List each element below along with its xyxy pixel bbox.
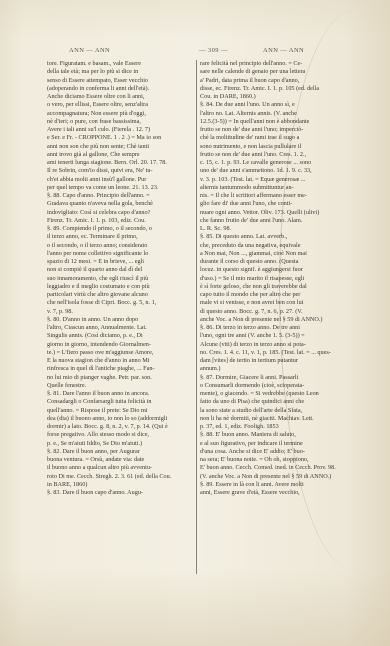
text-line: §. 85. Di questo anno. Lat. avverb.,: [200, 233, 346, 241]
text-line: sono nutrimento, e non lascia pullulare …: [200, 143, 346, 151]
text-line: d'una cosa. Anche si dice E' addio; E' b…: [200, 448, 346, 456]
text-line: Firenz. Tr. Amic. I. 1. p. 103, ediz. Co…: [47, 217, 193, 225]
text-line: e Ser. e Fr. - CROPPONE. 1 . 2 .) = Ma i…: [47, 134, 193, 142]
text-line: E' buon anno. Cecch. Comed. ined. in Cec…: [200, 464, 346, 472]
text-line: Gradava quanto n'aveva nella gola, bench…: [47, 200, 193, 208]
text-line: anni, Essere grave d'età, Essere vecchio…: [200, 489, 346, 497]
left-column: tore. Figuratam. e basam., vale Esserede…: [47, 60, 193, 497]
text-line: l'altro, Ciascun anno, Annualmente. Lat.: [47, 324, 193, 332]
running-header: ANN — ANN — 309 — ANN — ANN: [47, 47, 347, 57]
text-line: L. R. Sc. 98.: [200, 225, 346, 233]
text-line: spazio di 12 mesi. = E in brieve, ... eg…: [47, 258, 193, 266]
text-line: na sera; E' buona notte. = Oh oh, stoppi…: [200, 456, 346, 464]
text-line: in BARE, 1860): [47, 481, 193, 489]
text-line: Anche diciamo Essere oltre con li anni,: [47, 93, 193, 101]
text-line: non li ha nè dormiti, nè giaciti. Machia…: [200, 415, 346, 423]
text-line: dam [vites] de tertio in tertium putantu…: [200, 357, 346, 365]
text-line: §. 88. Capo d'anno. Principio dell'anno.…: [47, 192, 193, 200]
text-line: v. 7, p. 98.: [47, 308, 193, 316]
text-line: §. 89. Compiendo il primo, o il secondo,…: [47, 225, 193, 233]
text-line: forse pregativo. Allo stesso modo si dic…: [47, 431, 193, 439]
text-line: te.) = L'fiero passo ove m'aggiunse Amor…: [47, 349, 193, 357]
text-line: anni trovo già al gallone, Che sempre: [47, 151, 193, 159]
text-line: per quel tempo va come un leone. 21. 13.…: [47, 184, 193, 192]
text-line: capo tutto il mondo che per altro che pe…: [200, 291, 346, 299]
text-line: §. 87. Dormire, Giacere li anni. Passarl…: [200, 374, 346, 382]
text-line: tore. Figuratam. e basam., vale Essere: [47, 60, 193, 68]
text-line: quell'anno. = Rispose il prete: Se Dio m…: [47, 407, 193, 415]
text-line: §. 84. De due anni l'uno. Un anno sì, e: [200, 101, 346, 109]
text-line: (adoperando in conferma li anni dell'età…: [47, 85, 193, 93]
text-line: accompagnatura; Non essere più d'oggi,: [47, 110, 193, 118]
text-line: anche Voc. a Non di presente nel § 59 di…: [200, 316, 346, 324]
text-line: nuare ogni anno. Vettor. Oliv. 173. Quel…: [200, 209, 346, 217]
text-line: senso di Essere attempato, Esser vecchio: [47, 77, 193, 85]
text-line: o Consumarli dormendo (cioè, scioperata-: [200, 382, 346, 390]
text-line: fatto da uno di Pisa) che quindici anni …: [200, 398, 346, 406]
text-line: p. e., Se m'aiuti Iddio, Se Dio m'aiuti.…: [47, 440, 193, 448]
text-line: §. 81. Dare l'anno il buon anno in ancor…: [47, 390, 193, 398]
text-line: o il secondo, o il terzo anno; considera…: [47, 242, 193, 250]
text-line: indovigliato: Così si celebra capo d'ann…: [47, 209, 193, 217]
text-line: Cou. in DARE, 1860.): [200, 93, 346, 101]
text-line: a' Padri, data prima il buon capo d'anno…: [200, 77, 346, 85]
text-line: suo innamoramento, che egli riuscì il pi…: [47, 275, 193, 283]
text-line: p. 37, ed. 1, ediz. Fooligh. 1853: [200, 423, 346, 431]
text-line: Singulis annis. (Così diciamo, p. e., Di: [47, 332, 193, 340]
text-line: dea (dia) il buono anno, io non lo so (a…: [47, 415, 193, 423]
text-line: disse, ec. Firenz. Tr. Amic. I. 1. p. 10…: [200, 85, 346, 93]
text-line: giorno in giorno, intendendo Giornalmen-: [47, 341, 193, 349]
text-line: (V. anche Voc. a Non di presente nel § 5…: [200, 473, 346, 481]
text-line: non si compiè il quarto anno dal dì del: [47, 266, 193, 274]
text-line: no. Cres. 1. 4. c. 11, v. 1, p. 185. (Te…: [200, 349, 346, 357]
text-line: mente), o giacendo. = Si vedrebbe (quest…: [200, 390, 346, 398]
text-line: l'anno per nome collettivo significante …: [47, 250, 193, 258]
text-line: c. 15, c. 1. p. 93. Le cavalle generose …: [200, 159, 346, 167]
text-line: l'uno, ogni tre anni (V. anche 1. 5. (3-…: [200, 332, 346, 340]
text-line: a Non mai, Non ..., giammai, cioè Non ma…: [200, 250, 346, 258]
text-line: ch'ei abbia molti anni insù'l gallone. P…: [47, 176, 193, 184]
text-line: anni non son che più non sente; Chè tant…: [47, 143, 193, 151]
text-line: è sì forte geloso, che non gli traverebb…: [200, 283, 346, 291]
text-line: §. 83. Dare il buon capo d'anno. Augu-: [47, 489, 193, 497]
right-column: rare felicità nel principio dell'anno. =…: [200, 60, 346, 497]
text-line: Alcune (viti) di terzo in terzo anno si …: [200, 341, 346, 349]
text-line: di questo anno. Bocc. g. 7, n. 6, p. 27.…: [200, 308, 346, 316]
text-line: §. 89. Essere in là con li anni. Avere m…: [200, 481, 346, 489]
text-line: dormir) a lato. Bocc. g. 8, n. 2, v. 7, …: [47, 423, 193, 431]
text-line: no lui mio di pianger vaghe. Petr. par. …: [47, 374, 193, 382]
text-line: §. 80. D'anno in anno. Un anno dopo: [47, 316, 193, 324]
text-line: o vero, per ellissi, Essere oltre, senz'…: [47, 101, 193, 109]
text-line: alternis tantummodo submittuntur an-: [200, 184, 346, 192]
text-line: che nell'isola fosse di Cipri. Bocc. g. …: [47, 299, 193, 307]
text-line: §. 88. E' buon anno. Maniera di saluto,: [200, 431, 346, 439]
header-left-guide-words: ANN — ANN: [69, 47, 110, 54]
text-line: d'uso.) = Se il mio marito il risapesse,…: [200, 275, 346, 283]
text-line: E la nuova stagion che d'anno in anno Mi: [47, 357, 193, 365]
text-line: la sono state a studio dell'arte della S…: [200, 407, 346, 415]
text-line: della tale età; ma per lo più si dice in: [47, 68, 193, 76]
text-line: glio fare di' due anni l'uno, che conti-: [200, 200, 346, 208]
header-right-guide-words: ANN — ANN: [263, 47, 304, 54]
text-line: male vi si venisse, e non avrei ben con …: [200, 299, 346, 307]
text-line: §. 86. Di terzo in terzo anno. De tre an…: [200, 324, 346, 332]
text-line: sare nelle calende di genaio per una let…: [200, 68, 346, 76]
text-line: che, preceduto da una negativa, equivale: [200, 242, 346, 250]
text-line: rare felicità nel principio dell'anno. =…: [200, 60, 346, 68]
text-line: ami tenerti lunga stagione. Bern. Orl. 2…: [47, 159, 193, 167]
page-number: — 309 —: [199, 47, 228, 54]
text-line: particolari virtù che altro giovane alcu…: [47, 291, 193, 299]
text-line: §. 82. Dare il buon anno, per Augurar: [47, 448, 193, 456]
text-line: chè la moltitudine de' rami trae il sugo…: [200, 134, 346, 142]
text-line: 12.5.(3-5)) = In quell'anni non è abbond…: [200, 118, 346, 126]
text-line: nis. = Il che li scrittori affermano ess…: [200, 192, 346, 200]
text-line: nè d'ieri; o pure, con frase bassissima,: [47, 118, 193, 126]
text-line: roto Di me. Cecch. Stregh. 2. 3. 61 (ed.…: [47, 473, 193, 481]
text-line: il buono anno a qualcun altro più avvent…: [47, 464, 193, 472]
text-line: Quelle fenestre.: [47, 382, 193, 390]
text-line: uno de' due anni s'ammettono. 1d. 1. 9. …: [200, 167, 346, 175]
text-line: che fanno frutto de' due anni l'uno. Ala…: [200, 217, 346, 225]
text-line: frutto se non de' due anni l'uno; imperc…: [200, 126, 346, 134]
text-line: locuz. in questo signif. è aggiungersi f…: [200, 266, 346, 274]
text-line: e al suo figurativo, per indicare il ter…: [200, 440, 346, 448]
column-divider: [196, 60, 197, 574]
text-line: frutto se non de' due anni l'uno. Cres. …: [200, 151, 346, 159]
text-line: buona ventura. = Orsù, andate via: date: [47, 456, 193, 464]
text-line: l'altro no. Lat. Alternis annis. (V. anc…: [200, 110, 346, 118]
text-line: durante il corso di questo anno. (Questa: [200, 258, 346, 266]
text-line: annum.): [200, 365, 346, 373]
text-line: leggiadro e il meglio costumato e con pi…: [47, 283, 193, 291]
text-line: Consadargli o Confarsargli tutta felicit…: [47, 398, 193, 406]
text-line: rinfresca in quel dì l'antiche piaghe, .…: [47, 365, 193, 373]
text-line: v. 3. p. 103. (Test. lat. = Equæ generos…: [200, 176, 346, 184]
text-line: Il re Sobrin, com'io dissi, quivi era, N…: [47, 167, 193, 175]
text-line: il terzo anno, ec. Terminare il primo,: [47, 233, 193, 241]
text-line: Avere i tali anni su'l culo. (Fierela . …: [47, 126, 193, 134]
